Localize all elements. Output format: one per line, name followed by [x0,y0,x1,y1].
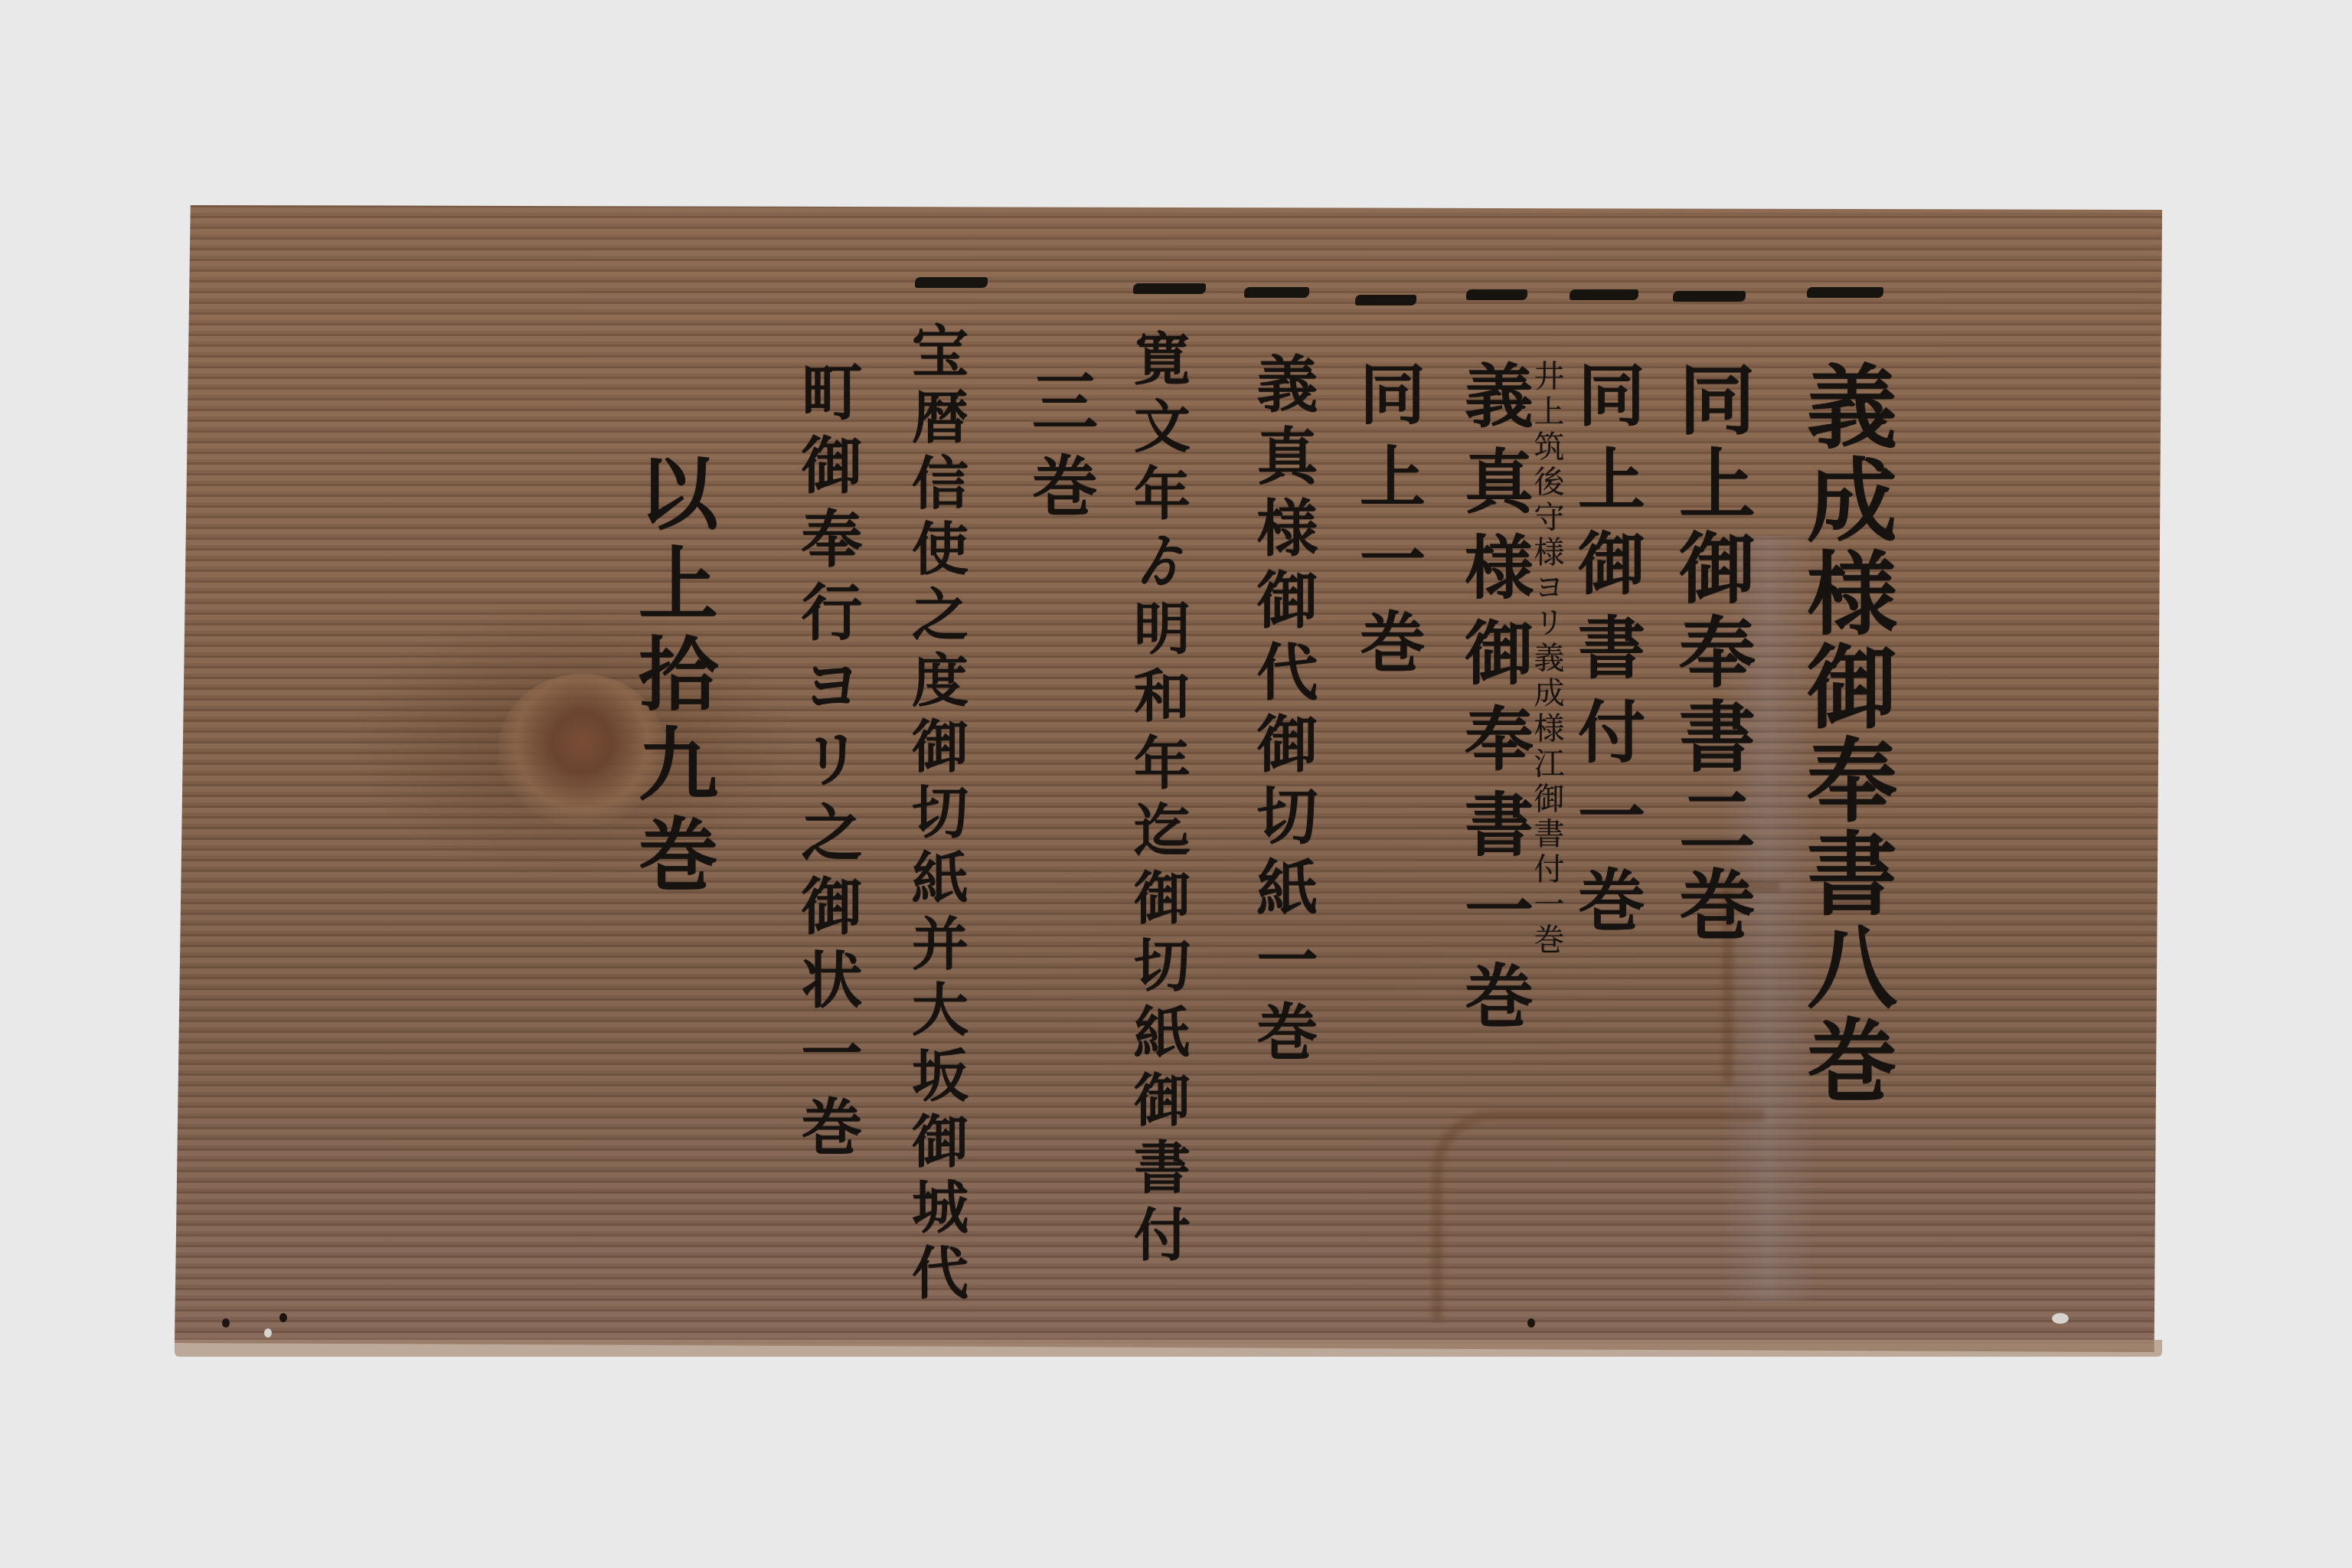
nail-hole [264,1328,272,1338]
nail-hole [2052,1313,2069,1324]
nail-hole [279,1313,287,1322]
entry-5: 同上一巻 [1354,360,1419,691]
water-stain [1432,1110,1764,1320]
entry-8-continuation: 町御奉行ヨリ之御状一巻 [796,360,857,1168]
entry-2: 同上御奉書二巻 [1673,360,1749,949]
entry-3-note: 井上筑後守様ヨリ義成様江御書付一巻 [1531,360,1562,959]
entry-marker [1570,289,1638,300]
entry-3: 同上御書付一巻 [1573,360,1641,949]
entry-4: 義真様御奉書一巻 [1459,360,1527,1046]
entry-6: 義真様御代御切紙一巻 [1252,352,1313,1072]
total: 以上拾九巻 [632,452,711,903]
entry-marker [915,277,988,288]
entry-marker [1355,295,1416,305]
entry-8: 宝暦信使之度御切紙并大坂御城代 [907,322,964,1309]
entry-marker [1133,283,1206,294]
entry-marker [1807,287,1883,298]
entry-7: 寛文年ゟ明和年迄御切紙御書付 [1129,329,1186,1272]
entry-7-continuation: 三巻 [1026,367,1092,536]
entry-marker [1466,289,1527,300]
board-edge [175,1340,2162,1357]
nail-hole [1527,1318,1535,1328]
entry-1: 義成様御奉書八巻 [1799,360,1890,1107]
entry-marker [1673,291,1746,302]
entry-marker [1244,287,1309,298]
nail-hole [222,1318,230,1328]
